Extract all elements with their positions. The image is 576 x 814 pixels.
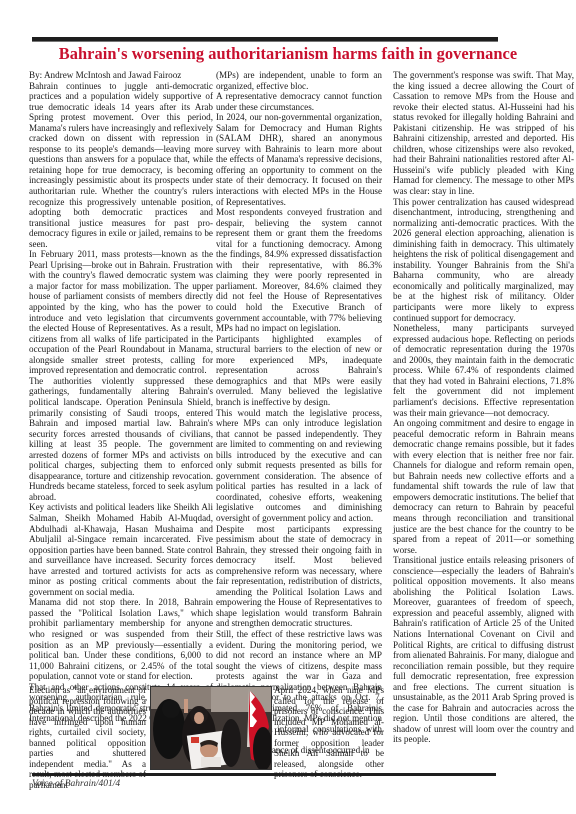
paragraph: Key activists and political leaders like… xyxy=(29,502,213,597)
byline: By: Andrew McIntosh and Jawad Fairooz xyxy=(29,70,213,81)
paragraph: An ongoing commitment and desire to enga… xyxy=(393,418,574,555)
paragraph: (MPs) are independent, unable to form an… xyxy=(216,70,382,91)
paragraph: Transitional justice entails releasing p… xyxy=(393,555,574,745)
paragraph: In 2024, our non-governmental organizati… xyxy=(216,112,382,207)
paragraph: Bahrain continues to juggle anti-democra… xyxy=(29,81,213,250)
paragraph: Most respondents conveyed frustration an… xyxy=(216,207,382,334)
paragraph: This would match the legislative process… xyxy=(216,408,382,524)
column-3: The government's response was swift. Tha… xyxy=(393,70,574,745)
headline: Bahrain's worsening authoritarianism har… xyxy=(0,44,576,64)
paragraph: Manama did not stop there. In 2018, Bahr… xyxy=(29,597,213,681)
paragraph: Nonetheless, many participants surveyed … xyxy=(393,323,574,418)
paragraph: Participants highlighted examples of str… xyxy=(216,334,382,408)
paragraph: Despite most participants expressing pes… xyxy=(216,524,382,629)
column-1: By: Andrew McIntosh and Jawad Fairooz Ba… xyxy=(29,70,213,724)
paragraph: This power centralization has caused wid… xyxy=(393,197,574,324)
protest-photo xyxy=(150,686,272,770)
protest-photo-image xyxy=(151,687,271,769)
top-rule xyxy=(32,37,498,41)
column-2-wrap-text: April 2024, when nine MPs called for the… xyxy=(274,685,384,780)
paragraph: The government's response was swift. Tha… xyxy=(393,70,574,197)
column-2: (MPs) are independent, unable to form an… xyxy=(216,70,382,756)
paragraph: The authorities violently suppressed the… xyxy=(29,376,213,503)
page-footer: Voice of Bahrain/401/4 xyxy=(32,779,120,789)
paragraph: A representative democracy cannot functi… xyxy=(216,91,382,112)
paragraph: In February 2011, mass protests—known as… xyxy=(29,249,213,376)
bottom-rule xyxy=(32,773,496,776)
